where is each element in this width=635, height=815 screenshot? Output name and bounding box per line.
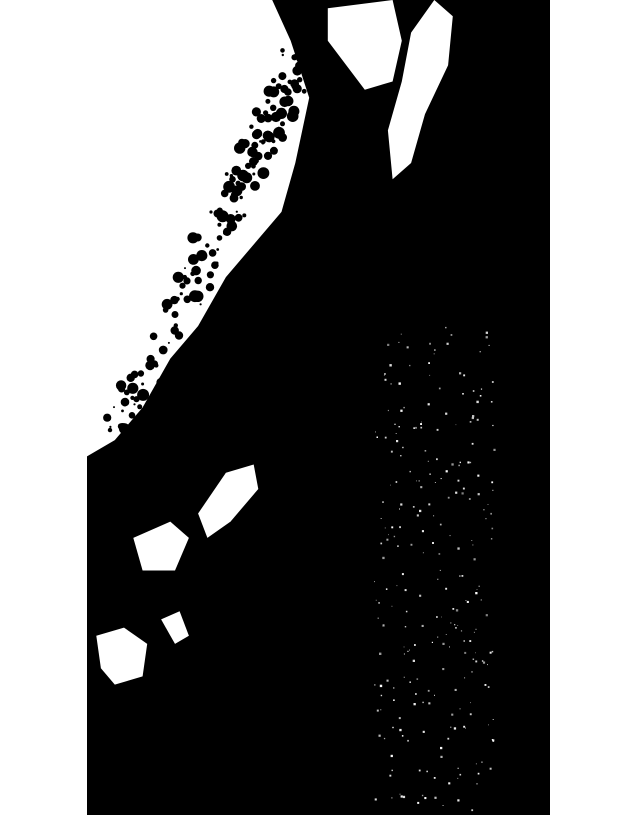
scattered-speckles-right [374, 327, 496, 811]
white-blob-lower-mid [161, 611, 189, 644]
white-blob-center-left-1 [198, 465, 258, 538]
white-patch-top-center [328, 0, 402, 90]
satellite-mask-image [87, 0, 550, 815]
mask-canvas [87, 0, 550, 815]
white-blob-center-left-2 [133, 522, 189, 571]
white-blob-lower-left [96, 628, 147, 685]
